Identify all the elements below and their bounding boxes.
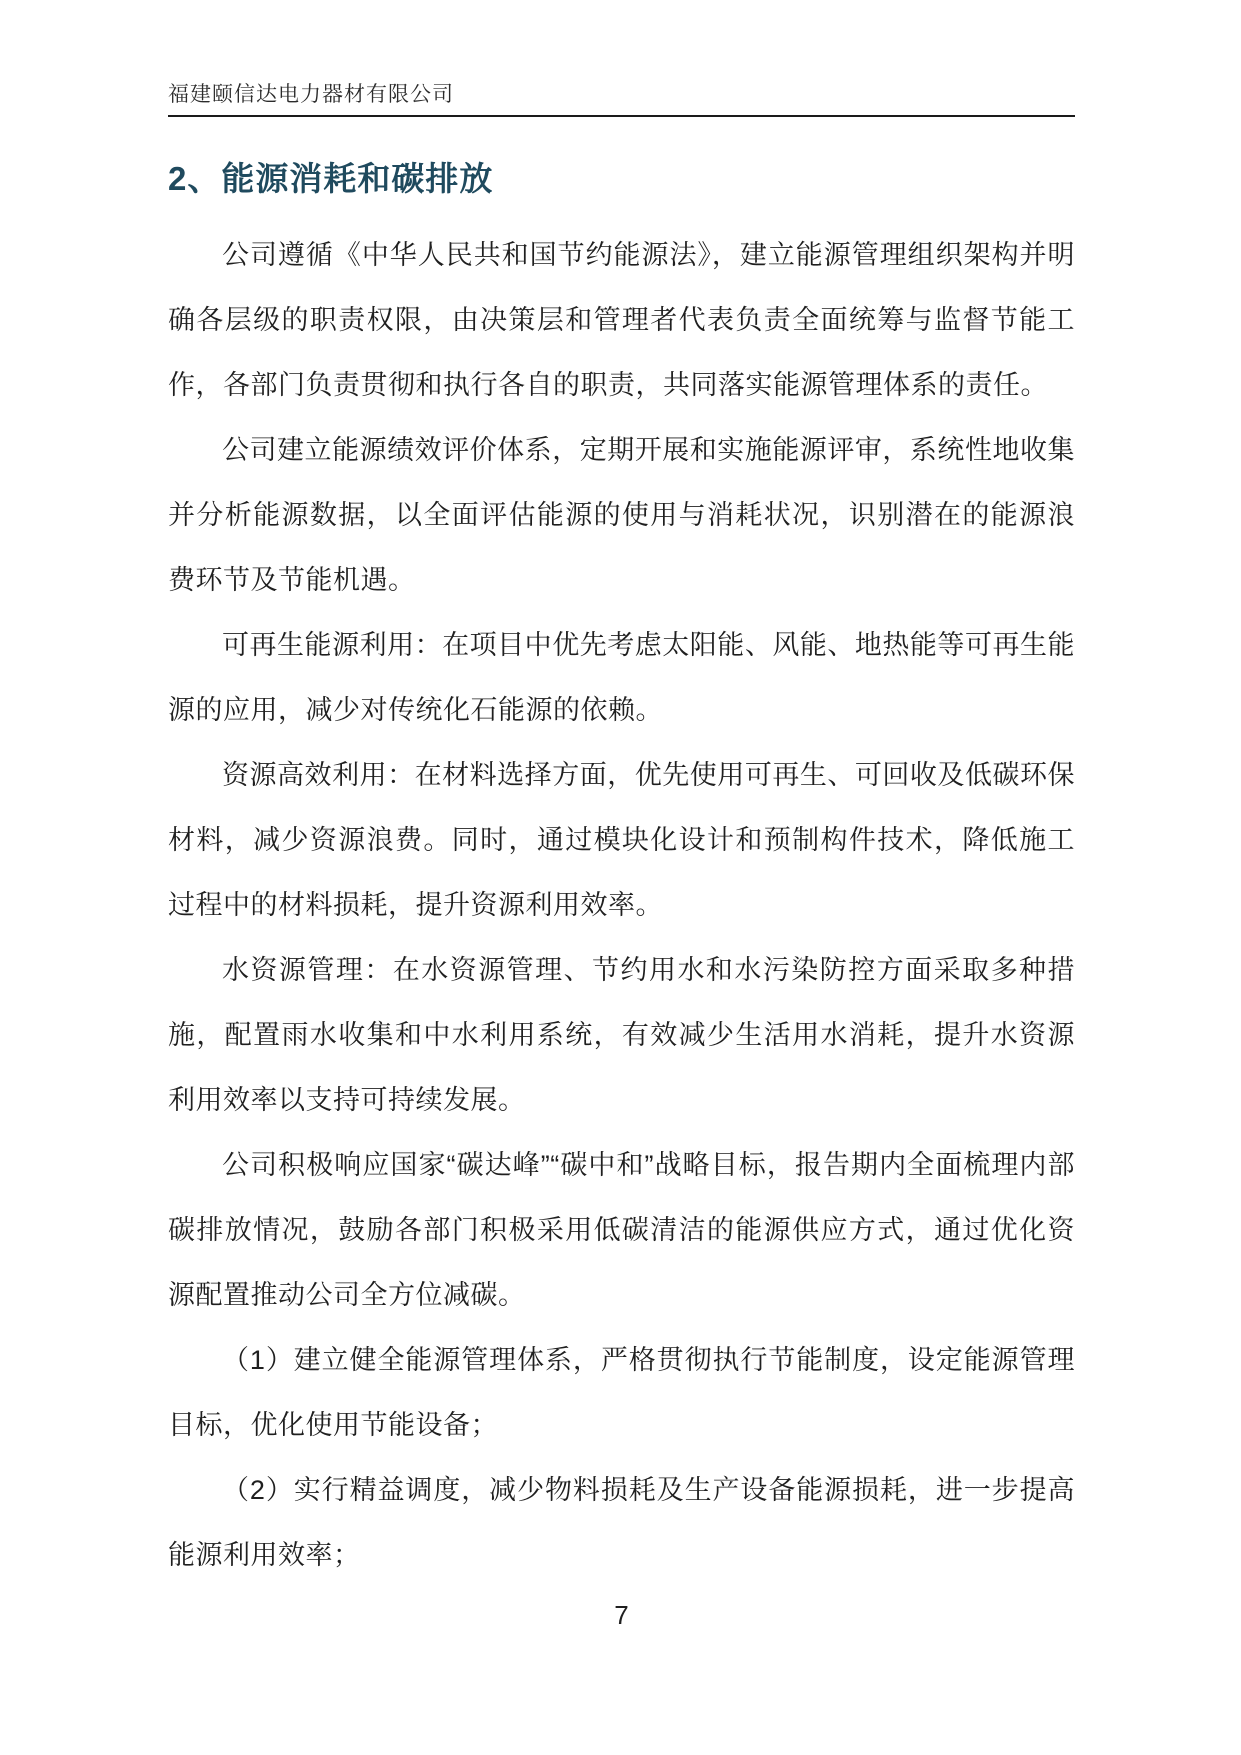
paragraph: 可再生能源利用：在项目中优先考虑太阳能、风能、地热能等可再生能源的应用，减少对传… xyxy=(168,613,1075,743)
document-page: 福建颐信达电力器材有限公司 2、能源消耗和碳排放 公司遵循《中华人民共和国节约能… xyxy=(0,0,1241,1755)
paragraph: （2）实行精益调度，减少物料损耗及生产设备能源损耗，进一步提高能源利用效率； xyxy=(168,1458,1075,1588)
paragraph: 公司积极响应国家“碳达峰”“碳中和”战略目标，报告期内全面梳理内部碳排放情况，鼓… xyxy=(168,1133,1075,1328)
page-header: 福建颐信达电力器材有限公司 xyxy=(168,0,1075,117)
paragraph: 公司建立能源绩效评价体系，定期开展和实施能源评审，系统性地收集并分析能源数据，以… xyxy=(168,418,1075,613)
section-body: 公司遵循《中华人民共和国节约能源法》，建立能源管理组织架构并明确各层级的职责权限… xyxy=(168,223,1075,1588)
page-footer: 7 xyxy=(168,1600,1075,1631)
section-heading: 2、能源消耗和碳排放 xyxy=(168,159,1075,199)
paragraph: 资源高效利用：在材料选择方面，优先使用可再生、可回收及低碳环保材料，减少资源浪费… xyxy=(168,743,1075,938)
paragraph: 公司遵循《中华人民共和国节约能源法》，建立能源管理组织架构并明确各层级的职责权限… xyxy=(168,223,1075,418)
header-rule xyxy=(168,115,1075,117)
company-name: 福建颐信达电力器材有限公司 xyxy=(168,82,1075,106)
page-number: 7 xyxy=(614,1600,628,1630)
paragraph: 水资源管理：在水资源管理、节约用水和水污染防控方面采取多种措施，配置雨水收集和中… xyxy=(168,938,1075,1133)
paragraph: （1）建立健全能源管理体系，严格贯彻执行节能制度，设定能源管理目标，优化使用节能… xyxy=(168,1328,1075,1458)
